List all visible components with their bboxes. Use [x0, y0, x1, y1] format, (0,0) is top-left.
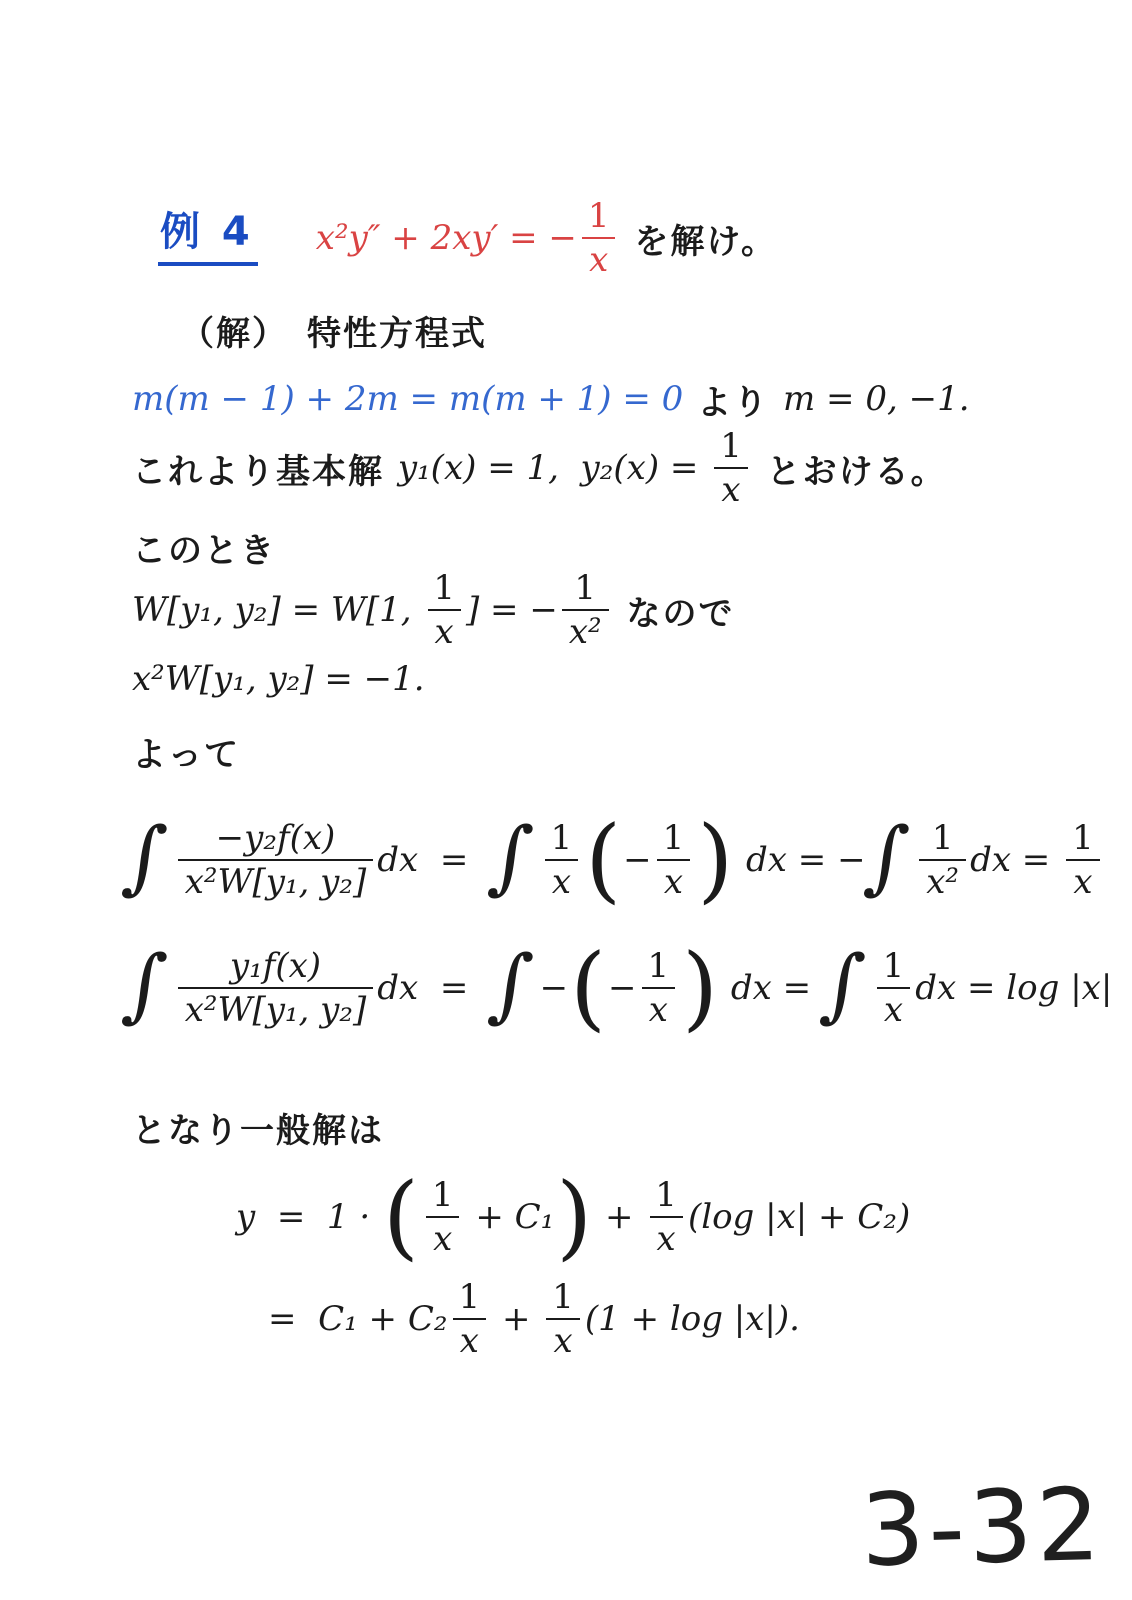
math-token: dx =	[970, 840, 1061, 880]
math-token: x	[435, 612, 454, 652]
math-token: x	[553, 1321, 572, 1361]
math-token: 1	[551, 818, 573, 858]
fraction-denominator: x	[877, 987, 910, 1029]
fraction-denominator: x²	[562, 609, 609, 651]
math-token: 1	[552, 1277, 574, 1317]
math-token: 1	[648, 946, 670, 986]
fraction-numerator: 1	[648, 1176, 684, 1216]
fraction-denominator: x	[714, 467, 747, 509]
fraction-numerator: 1	[925, 819, 961, 859]
japanese-text: より	[683, 375, 783, 424]
math-token: 1	[432, 1175, 454, 1215]
fraction: 1x	[656, 819, 692, 901]
math-token: x²W[y₁, y₂] = −1.	[132, 659, 425, 699]
fraction-denominator: x	[546, 1318, 579, 1360]
japanese-text: を解け。	[621, 214, 777, 263]
math-token: 1	[588, 196, 610, 236]
fraction: 1x²	[562, 569, 609, 651]
solution-heading: （解） 特性方程式	[180, 300, 487, 360]
math-token: dx = −	[735, 840, 865, 880]
integral-sign: ∫	[120, 945, 170, 1025]
math-token: x²W[y₁, y₂]	[185, 862, 367, 902]
fraction-numerator: 1	[876, 947, 912, 987]
general-solution-heading: となり一般解は	[132, 1096, 384, 1158]
fraction-denominator: x²	[919, 859, 966, 901]
math-token: x	[552, 862, 571, 902]
japanese-text: となり一般解は	[132, 1103, 384, 1152]
fraction-denominator: x	[582, 237, 615, 279]
fraction: 1x	[648, 1176, 684, 1258]
japanese-text: よって	[132, 727, 240, 776]
math-token: −	[540, 968, 569, 1008]
math-token: 1	[932, 818, 954, 858]
fraction-denominator: x	[642, 987, 675, 1029]
math-token: x²W[y₁, y₂]	[185, 990, 367, 1030]
math-token: (1 + log |x|).	[585, 1299, 800, 1339]
math-token: W[y₁, y₂] = W[1,	[132, 590, 422, 630]
math-token: y = 1 ·	[236, 1197, 381, 1237]
math-token: x²	[926, 862, 959, 902]
wronskian-line: W[y₁, y₂] = W[1, 1x] = −1x² なので	[132, 560, 734, 660]
fraction-numerator: 1	[452, 1278, 488, 1318]
math-token: 1	[1072, 818, 1094, 858]
fraction-denominator: x	[428, 609, 461, 651]
general-solution-line-2: = C₁ + C₂1x + 1x(1 + log |x|).	[268, 1268, 800, 1370]
math-token: dx = log |x|	[915, 968, 1112, 1008]
fraction-denominator: x²W[y₁, y₂]	[178, 987, 374, 1029]
fraction: 1x	[544, 819, 580, 901]
math-token: 1	[883, 946, 905, 986]
math-token: dx =	[377, 840, 490, 880]
fraction: 1x	[641, 947, 677, 1029]
fraction-numerator: −y₂f(x)	[209, 819, 343, 859]
fraction: 1x	[1065, 819, 1101, 901]
math-token: ] = −	[466, 590, 558, 630]
math-token: x	[649, 990, 668, 1030]
math-token: (log |x| + C₂)	[688, 1197, 910, 1237]
math-token: dx =	[377, 968, 490, 1008]
math-token: −	[623, 840, 652, 880]
fraction-numerator: 1	[1065, 819, 1101, 859]
math-token: x	[460, 1321, 479, 1361]
math-token: +	[491, 1299, 541, 1339]
integral-sign: ∫	[861, 817, 911, 897]
fraction-numerator: 1	[426, 569, 462, 609]
integral-line-1: ∫−y₂f(x)x²W[y₁, y₂]dx = ∫1x(−1x) dx = −∫…	[124, 796, 1105, 924]
math-token: x	[589, 240, 608, 280]
japanese-text: これより基本解	[132, 444, 398, 493]
example-label: 例 4	[158, 210, 258, 266]
math-token: 1	[655, 1175, 677, 1215]
fraction-numerator: 1	[581, 197, 617, 237]
general-solution-line-1: y = 1 · (1x + C₁) + 1x(log |x| + C₂)	[236, 1160, 910, 1274]
math-token: x	[657, 1219, 676, 1259]
fraction: −y₂f(x)x²W[y₁, y₂]	[178, 819, 374, 901]
math-token: y₁(x) = 1, y₂(x) =	[398, 448, 709, 488]
yotte-text: よって	[132, 722, 240, 780]
japanese-text: なので	[613, 586, 735, 635]
fraction-numerator: 1	[545, 1278, 581, 1318]
fraction: 1x	[426, 569, 462, 651]
fraction: 1x²	[919, 819, 966, 901]
fraction: 1x	[713, 427, 749, 509]
math-token: = C₁ + C₂	[268, 1299, 448, 1339]
math-token: + C₁	[465, 1197, 555, 1237]
math-token: y₁f(x)	[230, 946, 321, 986]
fraction-denominator: x	[426, 1216, 459, 1258]
integral-line-2: ∫y₁f(x)x²W[y₁, y₂]dx = ∫−(−1x) dx = ∫1xd…	[124, 926, 1112, 1050]
japanese-text: （解） 特性方程式	[180, 306, 487, 355]
math-token: 1	[459, 1277, 481, 1317]
fraction-numerator: 1	[641, 947, 677, 987]
japanese-text: とおける。	[753, 444, 947, 493]
page-number: 3-32	[860, 1475, 1105, 1581]
fraction-numerator: 1	[425, 1176, 461, 1216]
math-token: x	[664, 862, 683, 902]
fraction: 1x	[876, 947, 912, 1029]
fraction-numerator: 1	[544, 819, 580, 859]
fraction-denominator: x	[545, 859, 578, 901]
fraction: 1x	[425, 1176, 461, 1258]
fraction-denominator: x	[657, 859, 690, 901]
fraction-numerator: 1	[656, 819, 692, 859]
example-heading-row: 例 4 x²y″ + 2xy′ = −1x を解け。	[158, 182, 777, 294]
math-token: m(m − 1) + 2m = m(m + 1) = 0	[132, 379, 683, 419]
math-token: −	[608, 968, 637, 1008]
fraction: 1x	[452, 1278, 488, 1360]
fraction-denominator: x	[453, 1318, 486, 1360]
integral-sign: ∫	[818, 945, 868, 1025]
math-token: −y₂f(x)	[216, 818, 336, 858]
math-token: x²y″ + 2xy′ = −	[316, 218, 577, 258]
integral-sign: ∫	[120, 817, 170, 897]
fraction-denominator: x	[650, 1216, 683, 1258]
math-token: 1	[574, 568, 596, 608]
integral-sign: ∫	[486, 817, 536, 897]
math-token: x	[1073, 862, 1092, 902]
math-token: x²	[569, 612, 602, 652]
fraction-denominator: x²W[y₁, y₂]	[178, 859, 374, 901]
math-token: +	[594, 1197, 644, 1237]
math-token: 1	[720, 426, 742, 466]
fraction: 1x	[545, 1278, 581, 1360]
math-token: 1	[433, 568, 455, 608]
x2-wronskian-line: x²W[y₁, y₂] = −1.	[132, 648, 425, 710]
example-equation: x²y″ + 2xy′ = −1x を解け。	[316, 197, 777, 279]
fraction: y₁f(x)x²W[y₁, y₂]	[178, 947, 374, 1029]
fraction-numerator: 1	[567, 569, 603, 609]
fundamental-solutions-line: これより基本解 y₁(x) = 1, y₂(x) = 1x とおける。	[132, 420, 947, 516]
integral-sign: ∫	[486, 945, 536, 1025]
math-token: m = 0, −1.	[783, 379, 970, 419]
fraction-denominator: x	[1066, 859, 1099, 901]
math-token: 1	[663, 818, 685, 858]
math-token: x	[433, 1219, 452, 1259]
fraction-numerator: 1	[713, 427, 749, 467]
fraction: 1x	[581, 197, 617, 279]
math-token: x	[721, 470, 740, 510]
math-token: x	[884, 990, 903, 1030]
fraction-numerator: y₁f(x)	[223, 947, 328, 987]
math-token: dx =	[720, 968, 822, 1008]
